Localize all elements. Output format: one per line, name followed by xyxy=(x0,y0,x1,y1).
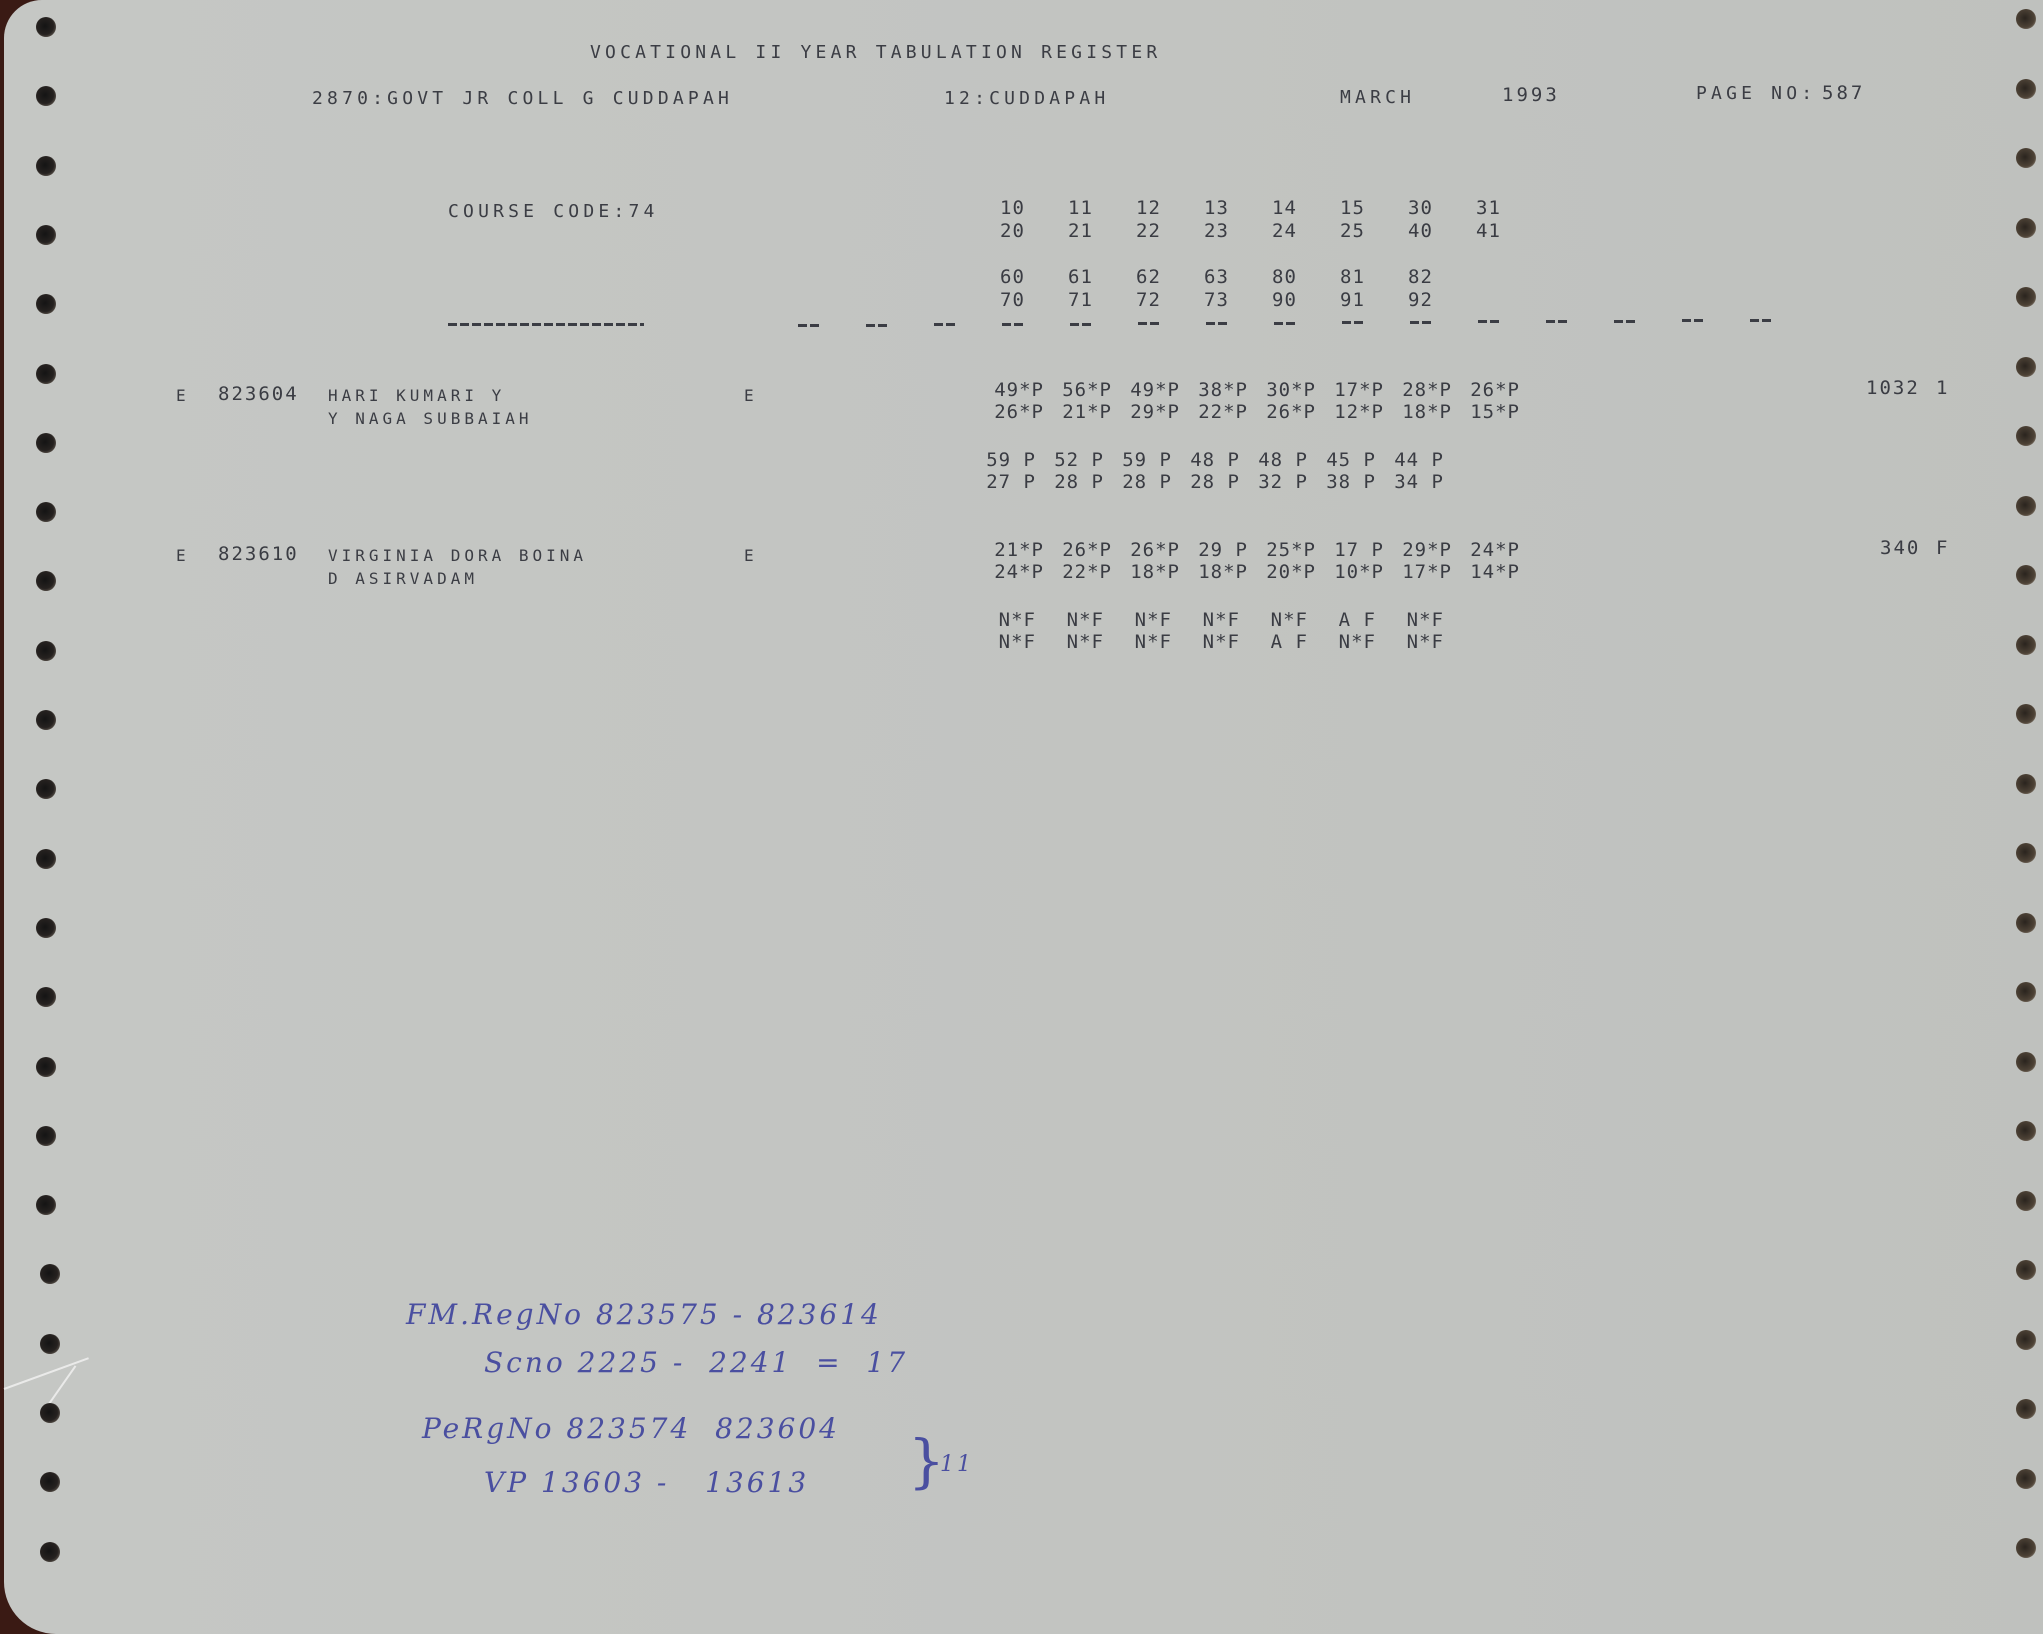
separator-dash xyxy=(934,323,956,326)
subject-mark: N*F xyxy=(1102,609,1172,631)
tractor-feed-hole-icon xyxy=(36,225,56,245)
subject-mark: 18*P xyxy=(1382,401,1452,423)
subject-mark: 48 P xyxy=(1238,449,1308,471)
subject-mark: 52 P xyxy=(1034,449,1104,471)
subject-mark: 59 P xyxy=(1102,449,1172,471)
subject-mark: N*F xyxy=(966,631,1036,653)
tractor-feed-hole-icon xyxy=(2016,1121,2036,1141)
subject-code: 31 xyxy=(1476,197,1501,219)
exam-month: MARCH xyxy=(1340,87,1415,109)
tractor-feed-hole-icon xyxy=(36,710,56,730)
tractor-feed-hole-icon xyxy=(2016,426,2036,446)
subject-code: 73 xyxy=(1204,289,1229,311)
subject-code: 41 xyxy=(1476,220,1501,242)
separator-dash xyxy=(1342,321,1364,324)
subject-mark: 28 P xyxy=(1170,471,1240,493)
tractor-feed-hole-icon xyxy=(36,641,56,661)
tractor-feed-hole-icon xyxy=(2016,843,2036,863)
tractor-feed-hole-icon xyxy=(2016,1399,2036,1419)
subject-code: 60 xyxy=(1000,266,1025,288)
subject-mark: 24*P xyxy=(1450,539,1520,561)
subject-mark: 21*P xyxy=(1042,401,1112,423)
tractor-feed-hole-icon xyxy=(2016,1469,2036,1489)
separator-dash xyxy=(1410,321,1432,324)
subject-mark: 30*P xyxy=(1246,379,1316,401)
college-name: 2870:GOVT JR COLL G CUDDAPAH xyxy=(312,88,733,110)
subject-mark: 18*P xyxy=(1110,561,1180,583)
subject-mark: 26*P xyxy=(1450,379,1520,401)
subject-code: 71 xyxy=(1068,289,1093,311)
subject-mark: N*F xyxy=(1238,609,1308,631)
tractor-feed-hole-icon xyxy=(2016,79,2036,99)
register-title: VOCATIONAL II YEAR TABULATION REGISTER xyxy=(590,42,1161,64)
tractor-feed-hole-icon xyxy=(2016,1538,2036,1558)
tractor-feed-hole-icon xyxy=(2016,704,2036,724)
subject-mark: 28*P xyxy=(1382,379,1452,401)
tractor-feed-hole-icon xyxy=(36,433,56,453)
subject-code: 12 xyxy=(1136,197,1161,219)
tractor-feed-hole-icon xyxy=(2016,287,2036,307)
subject-code: 15 xyxy=(1340,197,1365,219)
total-marks: 1032 xyxy=(1866,377,1920,399)
subject-mark: 34 P xyxy=(1374,471,1444,493)
subject-mark: N*F xyxy=(1306,631,1376,653)
subject-mark: 14*P xyxy=(1450,561,1520,583)
tractor-feed-hole-icon xyxy=(2016,982,2036,1002)
subject-code: 62 xyxy=(1136,266,1161,288)
subject-code: 63 xyxy=(1204,266,1229,288)
subject-mark: 10*P xyxy=(1314,561,1384,583)
student-category: E xyxy=(176,545,190,567)
subject-mark: 17*P xyxy=(1314,379,1384,401)
student-name: VIRGINIA DORA BOINA xyxy=(328,545,587,567)
subject-code: 30 xyxy=(1408,197,1433,219)
subject-mark: 29*P xyxy=(1110,401,1180,423)
subject-code: 23 xyxy=(1204,220,1229,242)
subject-mark: N*F xyxy=(1034,609,1104,631)
subject-mark: 48 P xyxy=(1170,449,1240,471)
tractor-feed-hole-icon xyxy=(2016,913,2036,933)
tractor-feed-hole-icon xyxy=(2016,635,2036,655)
separator-dash xyxy=(1002,323,1024,326)
subject-code: 21 xyxy=(1068,220,1093,242)
tractor-feed-hole-icon xyxy=(36,17,56,37)
separator-dash xyxy=(1478,320,1500,323)
separator-dash xyxy=(1750,319,1772,322)
subject-mark: 21*P xyxy=(974,539,1044,561)
tractor-feed-hole-icon xyxy=(40,1334,60,1354)
subject-mark: 17 P xyxy=(1314,539,1384,561)
tractor-feed-hole-icon xyxy=(36,779,56,799)
subject-code: 22 xyxy=(1136,220,1161,242)
tractor-feed-hole-icon xyxy=(2016,496,2036,516)
subject-mark: 29 P xyxy=(1178,539,1248,561)
tractor-feed-hole-icon xyxy=(36,1057,56,1077)
separator-dash xyxy=(798,324,820,327)
subject-mark: 38 P xyxy=(1306,471,1376,493)
tractor-feed-hole-icon xyxy=(40,1264,60,1284)
printout-sheet: VOCATIONAL II YEAR TABULATION REGISTER 2… xyxy=(4,0,2043,1634)
subject-mark: 26*P xyxy=(1246,401,1316,423)
subject-code: 20 xyxy=(1000,220,1025,242)
separator-dash xyxy=(1138,322,1160,325)
tractor-feed-hole-icon xyxy=(2016,9,2036,29)
district-name: 12:CUDDAPAH xyxy=(944,88,1109,110)
subject-mark: N*F xyxy=(1170,631,1240,653)
subject-mark: 26*P xyxy=(1110,539,1180,561)
tractor-feed-hole-icon xyxy=(2016,565,2036,585)
tractor-feed-hole-icon xyxy=(36,364,56,384)
roll-number: 823604 xyxy=(218,383,299,405)
subject-mark: N*F xyxy=(966,609,1036,631)
course-code: COURSE CODE:74 xyxy=(448,201,659,223)
subject-mark: 12*P xyxy=(1314,401,1384,423)
subject-code: 70 xyxy=(1000,289,1025,311)
subject-code: 82 xyxy=(1408,266,1433,288)
subject-mark: N*F xyxy=(1170,609,1240,631)
subject-code: 91 xyxy=(1340,289,1365,311)
subject-code: 80 xyxy=(1272,266,1297,288)
subject-code: 81 xyxy=(1340,266,1365,288)
subject-mark: 49*P xyxy=(974,379,1044,401)
subject-mark: 38*P xyxy=(1178,379,1248,401)
subject-code: 90 xyxy=(1272,289,1297,311)
subject-code: 14 xyxy=(1272,197,1297,219)
separator-dash xyxy=(866,324,888,327)
tractor-feed-hole-icon xyxy=(2016,218,2036,238)
subject-mark: 22*P xyxy=(1042,561,1112,583)
subject-mark: 20*P xyxy=(1246,561,1316,583)
subject-mark: 29*P xyxy=(1382,539,1452,561)
handwritten-note-fm-regno: FM.RegNo 823575 - 823614 xyxy=(406,1298,882,1331)
tractor-feed-hole-icon xyxy=(2016,1330,2036,1350)
subject-mark: 44 P xyxy=(1374,449,1444,471)
separator-dash xyxy=(1070,323,1092,326)
tractor-feed-hole-icon xyxy=(2016,1052,2036,1072)
binder-string xyxy=(4,1357,89,1390)
tractor-feed-hole-icon xyxy=(2016,357,2036,377)
tractor-feed-hole-icon xyxy=(36,849,56,869)
subject-mark: 25*P xyxy=(1246,539,1316,561)
tractor-feed-hole-icon xyxy=(40,1403,60,1423)
tractor-feed-hole-icon xyxy=(2016,1260,2036,1280)
tractor-feed-hole-icon xyxy=(36,1126,56,1146)
subject-mark: 49*P xyxy=(1110,379,1180,401)
subject-code: 11 xyxy=(1068,197,1093,219)
course-underline xyxy=(448,323,644,326)
tractor-feed-hole-icon xyxy=(2016,148,2036,168)
separator-dash xyxy=(1682,319,1704,322)
page-label: PAGE NO: xyxy=(1696,83,1816,105)
subject-mark: 24*P xyxy=(974,561,1044,583)
handwritten-note-vp: VP 13603 - 13613 xyxy=(484,1466,809,1499)
tractor-feed-hole-icon xyxy=(2016,774,2036,794)
subject-mark: 56*P xyxy=(1042,379,1112,401)
subject-code: 25 xyxy=(1340,220,1365,242)
medium: E xyxy=(744,385,758,407)
handwritten-note-scno: Scno 2225 - 2241 = 17 xyxy=(484,1346,908,1379)
subject-mark: 27 P xyxy=(966,471,1036,493)
tractor-feed-hole-icon xyxy=(36,1195,56,1215)
medium: E xyxy=(744,545,758,567)
separator-dash xyxy=(1274,322,1296,325)
tractor-feed-hole-icon xyxy=(36,294,56,314)
separator-dash xyxy=(1614,320,1636,323)
subject-mark: 15*P xyxy=(1450,401,1520,423)
page-number: 587 xyxy=(1822,82,1865,104)
subject-mark: A F xyxy=(1306,609,1376,631)
student-category: E xyxy=(176,385,190,407)
tractor-feed-hole-icon xyxy=(40,1542,60,1562)
tractor-feed-hole-icon xyxy=(36,571,56,591)
subject-mark: 18*P xyxy=(1178,561,1248,583)
subject-mark: 28 P xyxy=(1102,471,1172,493)
handwritten-note-count: 11 xyxy=(940,1452,974,1477)
separator-dash xyxy=(1206,322,1228,325)
subject-mark: N*F xyxy=(1374,631,1444,653)
total-marks: 340 xyxy=(1880,537,1920,559)
tractor-feed-hole-icon xyxy=(36,987,56,1007)
tractor-feed-hole-icon xyxy=(36,918,56,938)
subject-mark: A F xyxy=(1238,631,1308,653)
subject-mark: 59 P xyxy=(966,449,1036,471)
student-name: HARI KUMARI Y xyxy=(328,385,505,407)
subject-mark: 17*P xyxy=(1382,561,1452,583)
subject-mark: N*F xyxy=(1034,631,1104,653)
subject-mark: 26*P xyxy=(974,401,1044,423)
subject-mark: 28 P xyxy=(1034,471,1104,493)
subject-mark: 22*P xyxy=(1178,401,1248,423)
tractor-feed-hole-icon xyxy=(40,1472,60,1492)
subject-code: 72 xyxy=(1136,289,1161,311)
subject-mark: N*F xyxy=(1102,631,1172,653)
roll-number: 823610 xyxy=(218,543,299,565)
subject-mark: 32 P xyxy=(1238,471,1308,493)
tractor-feed-hole-icon xyxy=(36,156,56,176)
subject-mark: 26*P xyxy=(1042,539,1112,561)
parent-name: Y NAGA SUBBAIAH xyxy=(328,408,533,430)
handwritten-note-pe-regno: PeRgNo 823574 823604 xyxy=(422,1412,840,1445)
subject-code: 13 xyxy=(1204,197,1229,219)
subject-mark: 45 P xyxy=(1306,449,1376,471)
parent-name: D ASIRVADAM xyxy=(328,568,478,590)
subject-code: 61 xyxy=(1068,266,1093,288)
tractor-feed-hole-icon xyxy=(2016,1191,2036,1211)
result-code: 1 xyxy=(1936,377,1948,399)
separator-dash xyxy=(1546,320,1568,323)
subject-code: 40 xyxy=(1408,220,1433,242)
subject-code: 24 xyxy=(1272,220,1297,242)
subject-code: 10 xyxy=(1000,197,1025,219)
subject-code: 92 xyxy=(1408,289,1433,311)
result-code: F xyxy=(1936,537,1948,559)
exam-year: 1993 xyxy=(1502,84,1560,106)
subject-mark: N*F xyxy=(1374,609,1444,631)
tractor-feed-hole-icon xyxy=(36,86,56,106)
tractor-feed-hole-icon xyxy=(36,502,56,522)
